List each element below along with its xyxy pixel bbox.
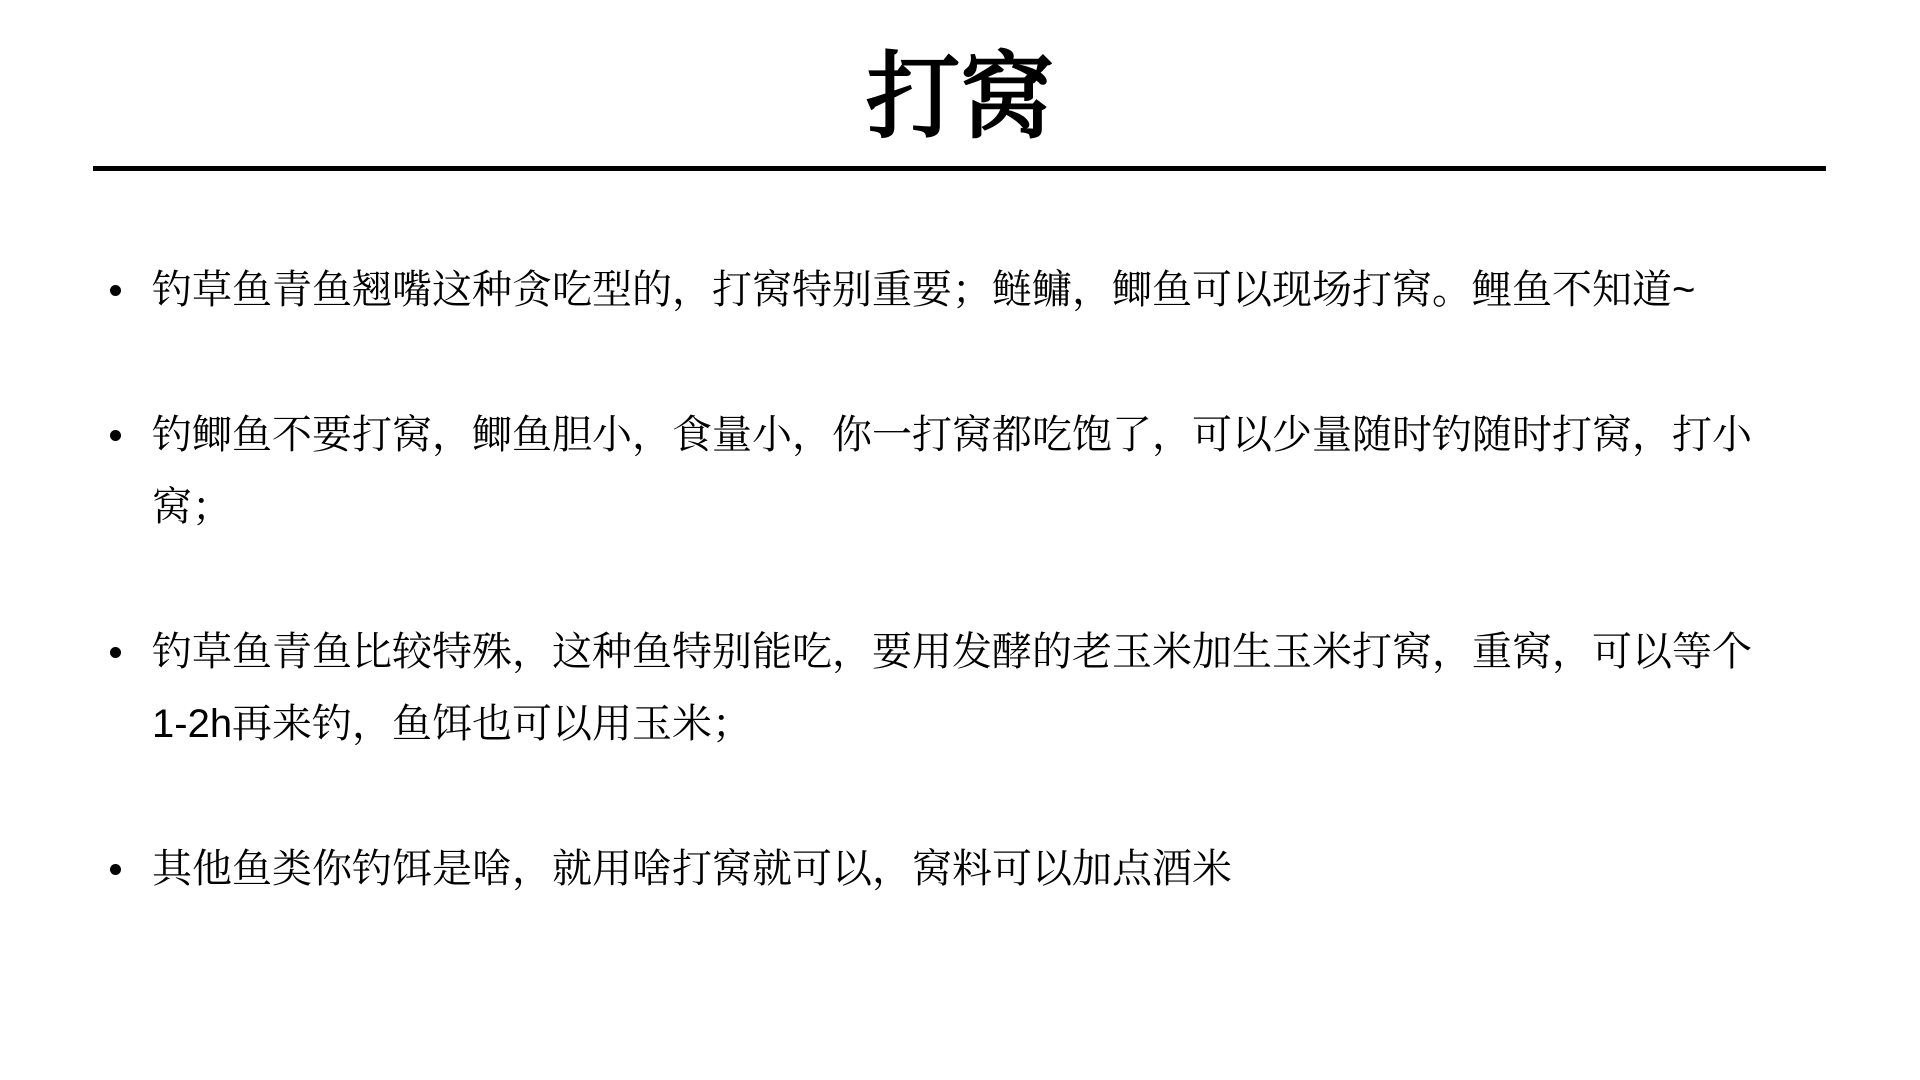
bullet-item: 钓草鱼青鱼翘嘴这种贪吃型的，打窝特别重要；鲢鳙，鲫鱼可以现场打窝。鲤鱼不知道~ (108, 254, 1808, 326)
bullet-text: 钓鲫鱼不要打窝，鲫鱼胆小，食量小，你一打窝都吃饱了，可以少量随时钓随时打窝，打小… (152, 399, 1808, 543)
bullet-item: 其他鱼类你钓饵是啥，就用啥打窝就可以，窝料可以加点酒米 (108, 833, 1808, 905)
bullet-item: 钓鲫鱼不要打窝，鲫鱼胆小，食量小，你一打窝都吃饱了，可以少量随时钓随时打窝，打小… (108, 399, 1808, 543)
bullet-dot-icon (110, 430, 121, 441)
bullet-dot-icon (110, 864, 121, 875)
bullet-text: 钓草鱼青鱼比较特殊，这种鱼特别能吃，要用发酵的老玉米加生玉米打窝，重窝，可以等个… (152, 616, 1808, 760)
title-divider (93, 166, 1826, 171)
bullet-dot-icon (110, 285, 121, 296)
bullet-item: 钓草鱼青鱼比较特殊，这种鱼特别能吃，要用发酵的老玉米加生玉米打窝，重窝，可以等个… (108, 616, 1808, 760)
bullet-list: 钓草鱼青鱼翘嘴这种贪吃型的，打窝特别重要；鲢鳙，鲫鱼可以现场打窝。鲤鱼不知道~ … (108, 254, 1808, 905)
slide-title: 打窝 (0, 42, 1920, 152)
bullet-text: 钓草鱼青鱼翘嘴这种贪吃型的，打窝特别重要；鲢鳙，鲫鱼可以现场打窝。鲤鱼不知道~ (152, 254, 1808, 326)
bullet-dot-icon (110, 647, 121, 658)
slide: 打窝 钓草鱼青鱼翘嘴这种贪吃型的，打窝特别重要；鲢鳙，鲫鱼可以现场打窝。鲤鱼不知… (0, 0, 1920, 1080)
bullet-text: 其他鱼类你钓饵是啥，就用啥打窝就可以，窝料可以加点酒米 (152, 833, 1808, 905)
